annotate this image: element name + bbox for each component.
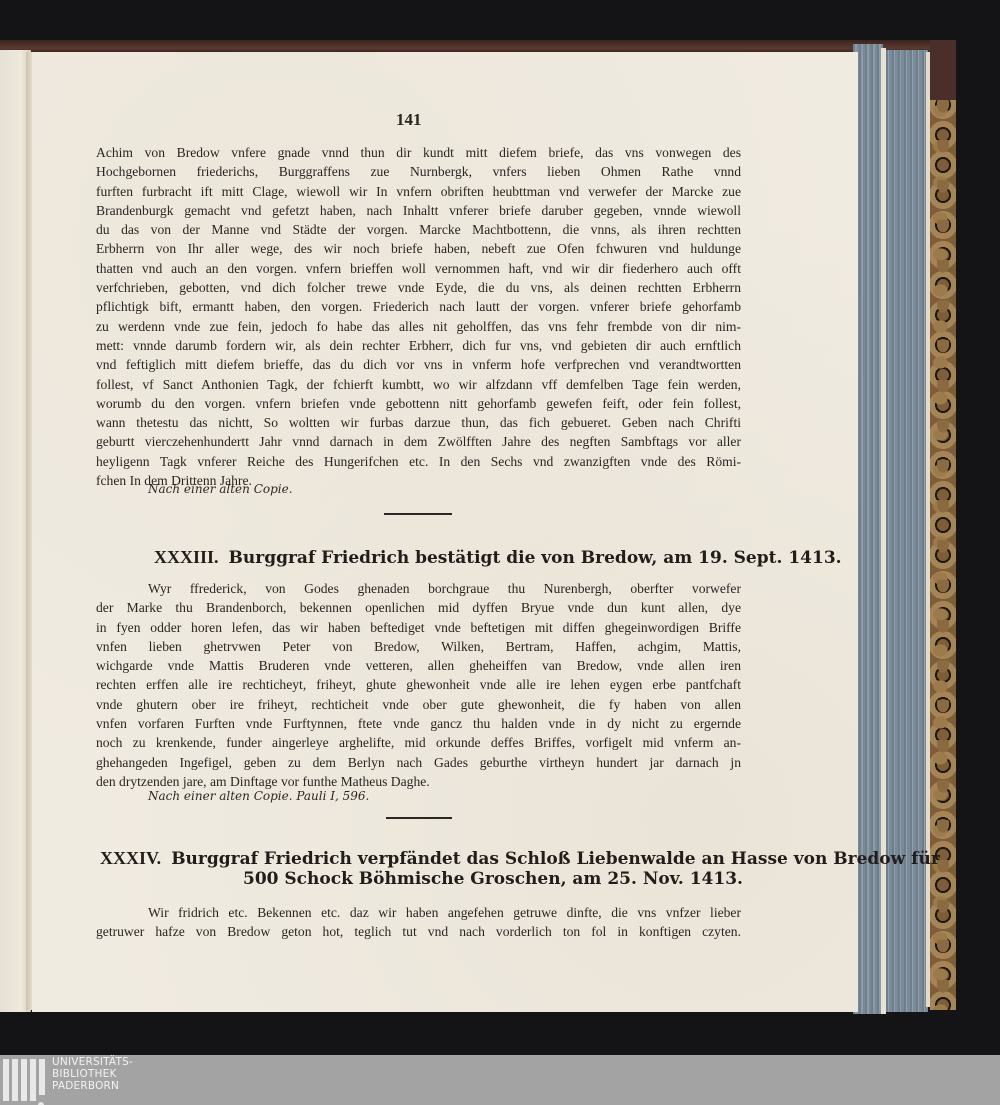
text-line: verfchrieben, gebotten, vnd dich folcher… [96, 278, 741, 297]
text-line: getruwer hafze von Bredow geton hot, teg… [96, 922, 741, 941]
text-line: in fyen odder horen lefen, das wir haben… [96, 618, 741, 637]
section-numeral: XXXIII. [154, 547, 219, 567]
text-line: zu werdenn vnde zue fein, jedoch fo habe… [96, 317, 741, 336]
text-line: Wyr ffrederick, von Godes ghenaden borch… [96, 579, 741, 598]
text-line: Achim von Bredow vnfere gnade vnnd thun … [96, 143, 741, 162]
section-title: Burggraf Friedrich bestätigt die von Bre… [229, 548, 842, 568]
text-line: pflichtigk bift, ermantt haben, den vorg… [96, 297, 741, 316]
section-34-paragraph: Wir fridrich etc. Bekennen etc. daz wir … [96, 903, 741, 942]
letter-continuation-paragraph: Achim von Bredow vnfere gnade vnnd thun … [96, 143, 741, 490]
text-line: Wir fridrich etc. Bekennen etc. daz wir … [96, 903, 741, 922]
text-line: vnd feftiglich mitt diefem brieffe, das … [96, 355, 741, 374]
section-divider [384, 513, 452, 515]
text-line: worumb du den vorgen. vnfern briefen vnd… [96, 394, 741, 413]
section-heading-33: XXXIII.Burggraf Friedrich bestätigt die … [154, 547, 842, 568]
section-33-paragraph: Wyr ffrederick, von Godes ghenaden borch… [96, 579, 741, 791]
section-numeral: XXXIV. [100, 848, 161, 868]
library-logo-text: UNIVERSITÄTS- BIBLIOTHEK PADERBORN [52, 1056, 133, 1092]
page-number: 141 [396, 110, 422, 130]
section-heading-34: XXXIV.Burggraf Friedrich verpfändet das … [100, 848, 940, 869]
library-footer: UNIVERSITÄTS- BIBLIOTHEK PADERBORN [0, 1055, 1000, 1105]
source-note: Nach einer alten Copie. Pauli I, 596. [148, 789, 369, 803]
text-line: wichgarde vnde Mattis Bruderen vnde vett… [96, 656, 741, 675]
text-line: noch zu krenkende, funder aingerleye arg… [96, 733, 741, 752]
text-line: Hochgebornen friederichs, Burggraffens z… [96, 162, 741, 181]
logo-line: PADERBORN [52, 1080, 133, 1092]
logo-line: UNIVERSITÄTS- [52, 1056, 133, 1068]
text-line: Erbherrn von Ihr aller wege, des wir noc… [96, 239, 741, 258]
text-line: rechten erffen alle ire rechticheyt, fri… [96, 675, 741, 694]
section-divider [386, 817, 452, 819]
text-line: ghehangeden Ingefigel, geben zu dem Berl… [96, 753, 741, 772]
text-line: mett: vnnde darumb fordern wir, als dein… [96, 336, 741, 355]
text-line: geburtt vierczehenhundertt Jahr vnnd dar… [96, 432, 741, 451]
text-line: du das von der Manne vnd Städte der vorg… [96, 220, 741, 239]
text-line: wann thetestu das nichtt, So woltten wir… [96, 413, 741, 432]
text-line: furften furbracht ift mitt Clage, wiewol… [96, 182, 741, 201]
text-line: vnde ghutern ober ire friheyt, rechtiche… [96, 695, 741, 714]
section-heading-34-line2: 500 Schock Böhmische Groschen, am 25. No… [243, 869, 743, 889]
text-line: follest, vf Sanct Anthonien Tagk, der fc… [96, 375, 741, 394]
text-line: vnfen vorfaren Furften vnde Furftynnen, … [96, 714, 741, 733]
text-line: Brandenburgk gemacht vnd gefetzt haben, … [96, 201, 741, 220]
section-title-line1: Burggraf Friedrich verpfändet das Schloß… [171, 849, 940, 869]
library-logo-icon [0, 1059, 46, 1105]
text-line: der Marke thu Brandenborch, bekennen ope… [96, 598, 741, 617]
book-cover-corner [930, 40, 956, 100]
logo-line: BIBLIOTHEK [52, 1068, 133, 1080]
text-line: vnfen lieben ghetrvwen Peter von Bredow,… [96, 637, 741, 656]
text-line: heyligenn Tagk vnferer Reiche des Hunger… [96, 452, 741, 471]
source-note: Nach einer alten Copie. [148, 482, 293, 496]
text-line: thatten vnd auch an den vorgen. vnfern b… [96, 259, 741, 278]
